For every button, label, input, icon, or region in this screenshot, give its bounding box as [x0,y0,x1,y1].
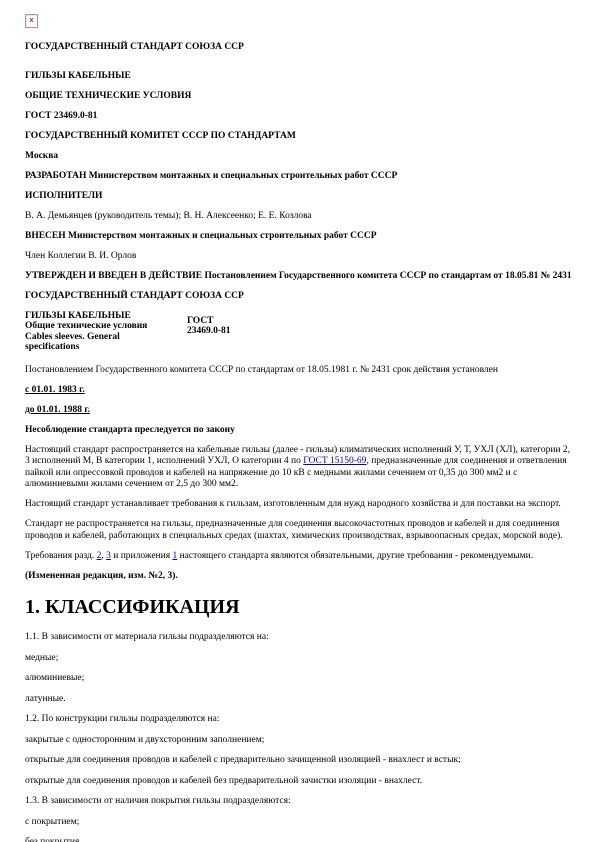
classification-item: алюминиевые; [25,673,575,685]
classification-item: закрытые с односторонним и двухсторонним… [25,735,575,747]
classification-item: 1.2. По конструкции гильзы подразделяютс… [25,714,575,726]
classification-item: 1.3. В зависимости от наличия покрытия г… [25,796,575,808]
title-block-title-ru: ГИЛЬЗЫ КАБЕЛЬНЫЕ [25,311,173,322]
document-page: x ГОСУДАРСТВЕННЫЙ СТАНДАРТ СОЮЗА ССР ГИЛ… [0,0,595,842]
establishes-paragraph: Настоящий стандарт устанавливает требова… [25,499,575,511]
title-block-subtitle-ru: Общие технические условия [25,321,173,332]
law-notice-line: Несоблюдение стандарта преследуется по з… [25,425,575,437]
classification-item: латунные. [25,694,575,706]
classification-item: медные; [25,653,575,665]
validity-date-from: с 01.01. 1983 г. [25,385,575,397]
requirements-prefix: Требования разд. [25,551,97,561]
document-subtitle: ОБЩИЕ ТЕХНИЧЕСКИЕ УСЛОВИЯ [25,91,575,103]
scope-paragraph: Настоящий стандарт распространяется на к… [25,445,575,491]
not-apply-paragraph: Стандарт не распространяется на гильзы, … [25,519,575,542]
title-block-gost-label: ГОСТ [187,316,231,327]
gost-number: ГОСТ 23469.0-81 [25,111,575,123]
gost-15150-link[interactable]: ГОСТ 15150-69 [303,456,366,466]
approved-line: УТВЕРЖДЕН И ВВЕДЕН В ДЕЙСТВИЕ Постановле… [25,271,575,283]
developed-by-line: РАЗРАБОТАН Министерством монтажных и спе… [25,171,575,183]
classification-item: 1.1. В зависимости от материала гильзы п… [25,632,575,644]
committee-line: ГОСУДАРСТВЕННЫЙ КОМИТЕТ СССР ПО СТАНДАРТ… [25,131,575,143]
classification-item: открытые для соединения проводов и кабел… [25,776,575,788]
classification-item: без покрытия. [25,837,575,842]
standard-type-repeat-line: ГОСУДАРСТВЕННЫЙ СТАНДАРТ СОЮЗА ССР [25,291,575,303]
board-member-line: Член Коллегии В. И. Орлов [25,251,575,263]
document-title: ГИЛЬЗЫ КАБЕЛЬНЫЕ [25,71,575,83]
amended-note: (Измененная редакция, изм. №2, 3). [25,571,575,583]
title-block-title-en: Cables sleeves. General specifications [25,332,173,353]
title-block-table: ГИЛЬЗЫ КАБЕЛЬНЫЕ Общие технические услов… [25,311,575,353]
requirements-paragraph: Требования разд. 2, 3 и приложения 1 нас… [25,551,575,563]
resolution-line: Постановлением Государственного комитета… [25,365,575,377]
executors-heading: ИСПОЛНИТЕЛИ [25,191,575,203]
classification-item: с покрытием; [25,817,575,829]
broken-image-icon: x [25,14,38,28]
title-block-gost-number: 23469.0-81 [187,326,231,337]
executors-line: В. А. Демьянцев (руководитель темы); В. … [25,211,575,223]
title-block-left-cell: ГИЛЬЗЫ КАБЕЛЬНЫЕ Общие технические услов… [25,311,173,353]
submitted-by-line: ВНЕСЕН Министерством монтажных и специал… [25,231,575,243]
validity-date-to: до 01.01. 1988 г. [25,405,575,417]
standard-type-line: ГОСУДАРСТВЕННЫЙ СТАНДАРТ СОЮЗА ССР [25,42,575,54]
city-line: Москва [25,151,575,163]
requirements-suffix: настоящего стандарта являются обязательн… [177,551,533,561]
classification-item: открытые для соединения проводов и кабел… [25,755,575,767]
requirements-middle: и приложения [111,551,173,561]
classification-heading: 1. КЛАССИФИКАЦИЯ [25,596,575,618]
title-block-gost-cell: ГОСТ 23469.0-81 [187,311,231,337]
